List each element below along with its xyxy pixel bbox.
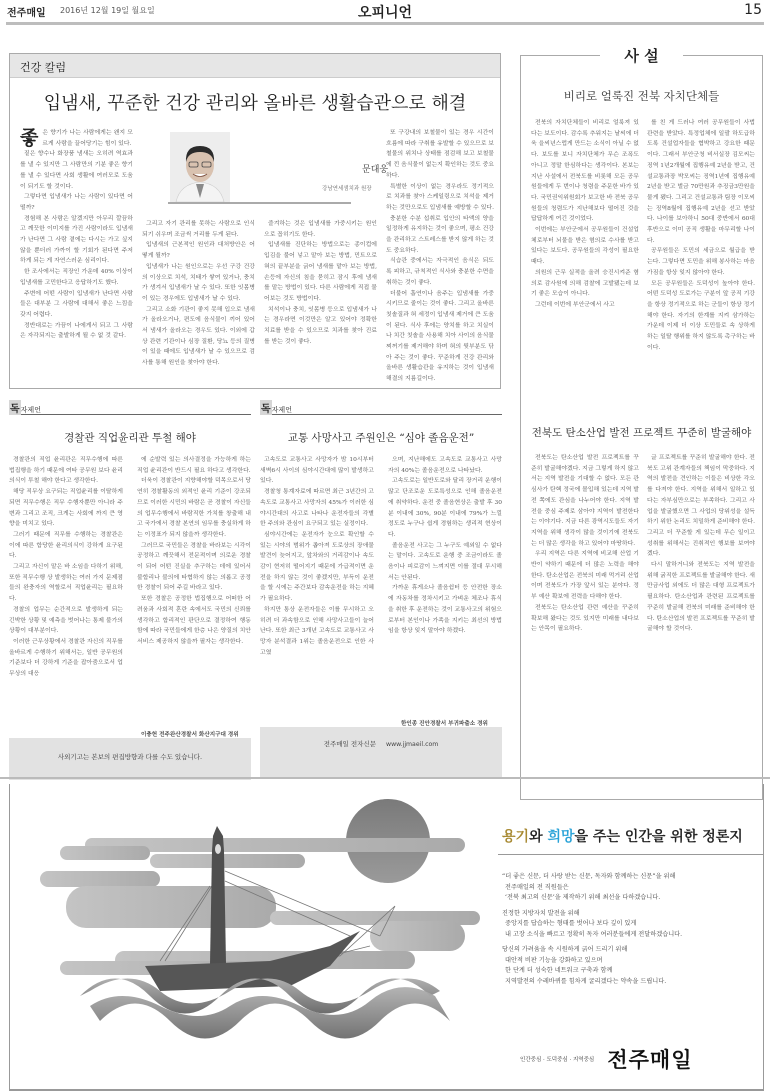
editorial-title-2: 전북도 탄소산업 발전 프로젝트 꾸준히 발굴해야 — [521, 425, 762, 440]
reader-1-col-1: 경찰관의 직업 윤리관은 직무수행에 따른 법집행을 하기 때문에 여타 공무원… — [9, 455, 123, 737]
ad-slogan: 인간중심 · 도덕중심 · 지역중심 — [520, 1055, 594, 1063]
health-column-tag: 건강 칼럼 — [10, 54, 500, 78]
author-name: 문대웅 — [362, 162, 388, 175]
editorial-2-col-1: 전북도는 탄소산업 발전 프로젝트를 꾸준히 발굴해야겠다. 지금 그렇게 하지… — [531, 453, 639, 793]
masthead-rule — [6, 22, 764, 25]
ad-paragraph: 진정한 지방자치 발전을 위해 중앙지를 답습하는 형태를 벗어나 보다 깊이 … — [502, 909, 682, 941]
health-col-1: 좋 은 향기가 나는 사람에게는 왠지 모르게 사람을 끌어당기는 힘이 있다.… — [20, 128, 133, 386]
reader-2-title: 교통 사망사고 주원인은 “심야 졸음운전” — [260, 430, 502, 445]
reader-1-title: 경찰관 직업윤리관 투철 해야 — [9, 430, 251, 445]
editorial-label: 사 설 — [521, 45, 762, 66]
section-divider — [0, 777, 770, 779]
editorial-title-1: 비리로 얼룩진 전북 자치단체들 — [521, 88, 762, 104]
reader-tag: 독자제언 — [260, 397, 502, 415]
e-paper-notice: 전주매일 전자신문www.jjmaeil.com — [260, 727, 502, 777]
ad-mission-text: “더 좋은 신문, 더 사랑 받는 신문, 독자와 함께하는 신문”을 위해 전… — [502, 872, 682, 992]
ad-paragraph: “더 좋은 신문, 더 사랑 받는 신문, 독자와 함께하는 신문”을 위해 전… — [502, 872, 682, 904]
contribution-disclaimer: 사외기고는 본보의 편집방향과 다를 수도 있습니다. — [9, 738, 251, 780]
masthead: 전주매일 2016년 12월 19일 월요일 오피니언 15 — [0, 0, 770, 24]
e-paper-link[interactable]: www.jjmaeil.com — [386, 741, 438, 748]
health-col-4: 또 구강내의 보철물이 있는 경우 시간이 흐름에 따라 구취를 유발할 수 있… — [386, 128, 494, 386]
ad-headline-rule — [498, 854, 764, 855]
reader-tag: 독자제언 — [9, 397, 251, 415]
ad-headline: 용기와 희망을 주는 인간을 위한 정론지 — [502, 826, 743, 846]
reader-2-byline: 한인종 진안경찰서 부귀파출소 경위 — [401, 719, 488, 727]
reader-contribution-2: 독자제언 교통 사망사고 주원인은 “심야 졸음운전” 고속도로 교통사고 사망… — [260, 397, 502, 415]
editorial-1-col-1: 전북의 자치단체들이 비리로 얼룩져 있다는 보도이다. 감수록 추워지는 날씨… — [531, 118, 639, 408]
reader-1-byline: 이충헌 전주완산경찰서 화산지구대 경위 — [141, 730, 239, 738]
reader-2-col-2: 으며, 지난해에도 고속도로 교통사고 사망자의 40%는 졸음운전으로 나타났… — [388, 455, 502, 713]
reader-2-col-1: 고속도로 교통사고 사망자가 밤 10시부터 새벽6시 사이의 심야시간대에 많… — [260, 455, 374, 713]
portrait-icon — [170, 132, 230, 202]
editorial-2-col-2: 글 프로젝트를 꾸준히 발굴해야 한다. 전북도 고위 관계자들의 책임이 막중… — [647, 453, 755, 793]
paper-logo: 전주매일 — [607, 1044, 692, 1074]
ad-footer: 인간중심 · 도덕중심 · 지역중심 전주매일 — [520, 1044, 693, 1074]
health-col-2: 그리고 자기 관리를 못하는 사람으로 인식되기 쉬우며 조금씩 거리를 두게 … — [142, 219, 255, 386]
reader-1-col-2: 에 순발력 있는 의사결정을 가능하게 하는 직업 윤리관이 반드시 필요 하다… — [137, 455, 251, 727]
editorial-box: 사 설 비리로 얼룩진 전북 자치단체들 전북의 자치단체들이 비리로 얼룩져 … — [520, 55, 763, 800]
health-column: 건강 칼럼 입냄새, 꾸준한 건강 관리와 올바른 생활습관으로 해결 좋 은 … — [9, 53, 501, 389]
e-paper-label: 전주매일 전자신문 — [324, 740, 376, 748]
health-column-title: 입냄새, 꾸준한 건강 관리와 올바른 생활습관으로 해결 — [10, 89, 500, 115]
newspaper-promo-ad: 용기와 희망을 주는 인간을 위한 정론지 “더 좋은 신문, 더 사랑 받는 … — [9, 784, 764, 1091]
health-col-3: 즐겨하는 것은 입냄새를 가중시키는 원인으로 꼽히기도 한다. 입냄새를 진단… — [264, 219, 377, 386]
section-title: 오피니언 — [0, 2, 770, 22]
page-number: 15 — [744, 2, 762, 18]
editorial-1-col-2: 를 친 게 드러나 여러 공무원들이 사법 관련을 받았다. 특정업체에 일괄 … — [647, 118, 755, 408]
author-rule — [168, 202, 351, 204]
ship-sea-illustration-icon — [30, 796, 480, 1046]
reader-contribution-1: 독자제언 경찰관 직업윤리관 투철 해야 경찰관의 직업 윤리관은 직무수행에 … — [9, 397, 251, 415]
author-photo — [170, 132, 230, 202]
dropcap: 좋 — [20, 129, 38, 148]
author-role: 강남연세샘치과 원장 — [322, 184, 372, 192]
ad-paragraph: 당신의 가려움을 속 시원하게 긁어 드리기 위해 대안적 비판 기능을 강화하… — [502, 945, 682, 987]
